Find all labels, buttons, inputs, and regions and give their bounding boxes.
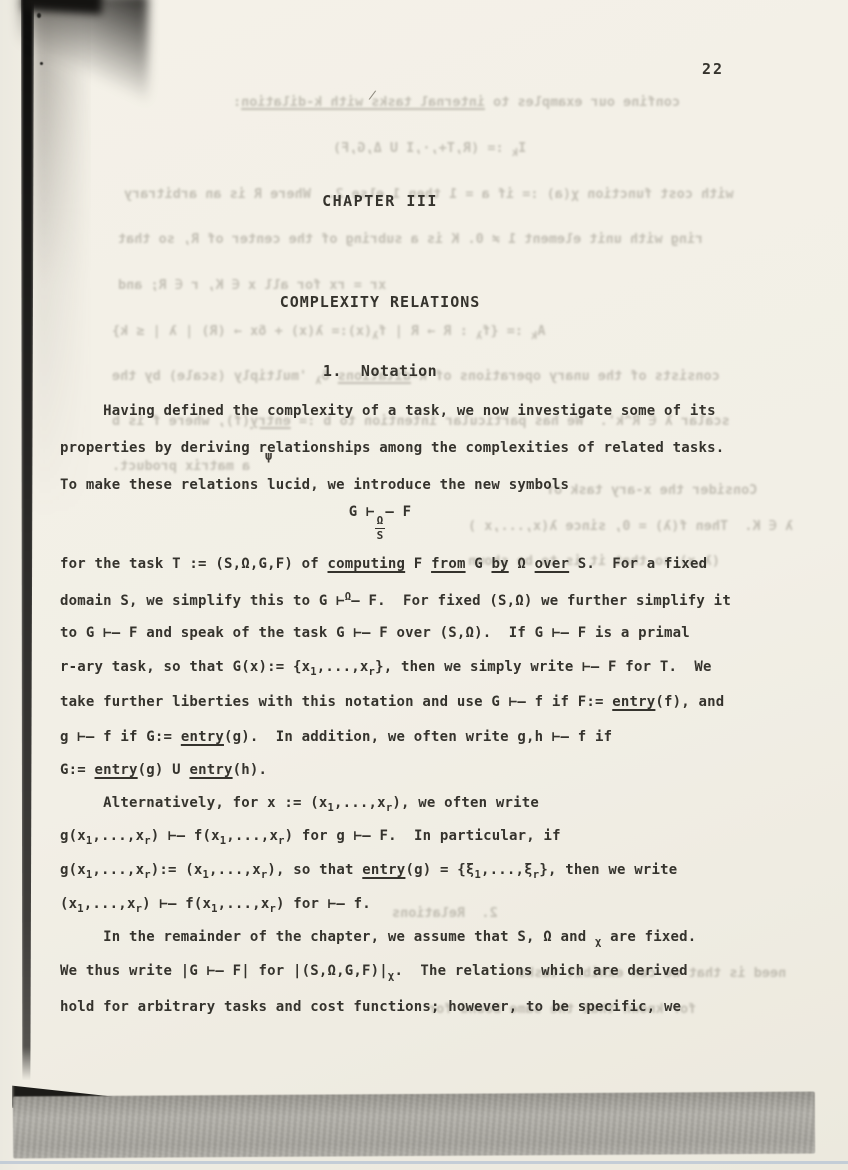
page-left-margin-strip [0, 0, 22, 1170]
typed-text-line: In the remainder of the chapter, we assu… [60, 929, 696, 948]
typed-text-line: We thus write |G ⊢— F| for |(S,Ω,G,F)|χ.… [60, 963, 688, 982]
typewritten-text-layer: 22 CHAPTER III COMPLEXITY RELATIONS 1. N… [0, 0, 848, 1170]
typed-text-line: hold for arbitrary tasks and cost functi… [60, 999, 681, 1015]
typed-text-line: g(x1,...,xr) ⊢— f(x1,...,xr) for g ⊢— F.… [60, 828, 561, 847]
section-heading: 1. Notation [60, 362, 700, 380]
scanner-bed-edge-line [0, 1161, 848, 1164]
typed-text-line: g(x1,...,xr):= (x1,...,xr), so that entr… [60, 862, 677, 881]
chapter-heading: CHAPTER III [60, 192, 700, 210]
typed-text-line: G ⊢ΩS— F [60, 504, 700, 541]
top-left-corner-shadow [18, 0, 148, 124]
typed-text-line: properties by deriving relationships amo… [60, 440, 724, 456]
bottom-scan-shadow-band [13, 1092, 815, 1159]
scanned-page: confine our examples to internal tasks w… [0, 0, 848, 1170]
typed-text-line: To make these relations lucid, we introd… [60, 477, 569, 493]
typed-text-line: Alternatively, for x := (x1,...,xr), we … [60, 795, 539, 814]
typed-text-line: Having defined the complexity of a task,… [60, 403, 716, 419]
page-title: COMPLEXITY RELATIONS [60, 293, 700, 311]
page-number: 22 [702, 60, 724, 78]
typed-text-line: for the task T := (S,Ω,G,F) of computing… [60, 556, 707, 572]
typed-text-line: r-ary task, so that G(x):= {x1,...,xr}, … [60, 659, 712, 678]
ink-speck [37, 13, 41, 18]
typed-text-line: to G ⊢— F and speak of the task G ⊢— F o… [60, 625, 690, 641]
typed-text-line: g ⊢— f if G:= entry(g). In addition, we … [60, 729, 612, 745]
ink-speck [40, 62, 43, 65]
typed-text-line: take further liberties with this notatio… [60, 694, 724, 710]
typed-text-line: domain S, we simplify this to G ⊢Ω— F. F… [60, 591, 731, 609]
stray-pen-mark: / [368, 87, 378, 102]
typed-text-line: (x1,...,xr) ⊢— f(x1,...,xr) for ⊢— f. [60, 896, 371, 915]
typed-text-line: G:= entry(g) U entry(h). [60, 762, 267, 778]
